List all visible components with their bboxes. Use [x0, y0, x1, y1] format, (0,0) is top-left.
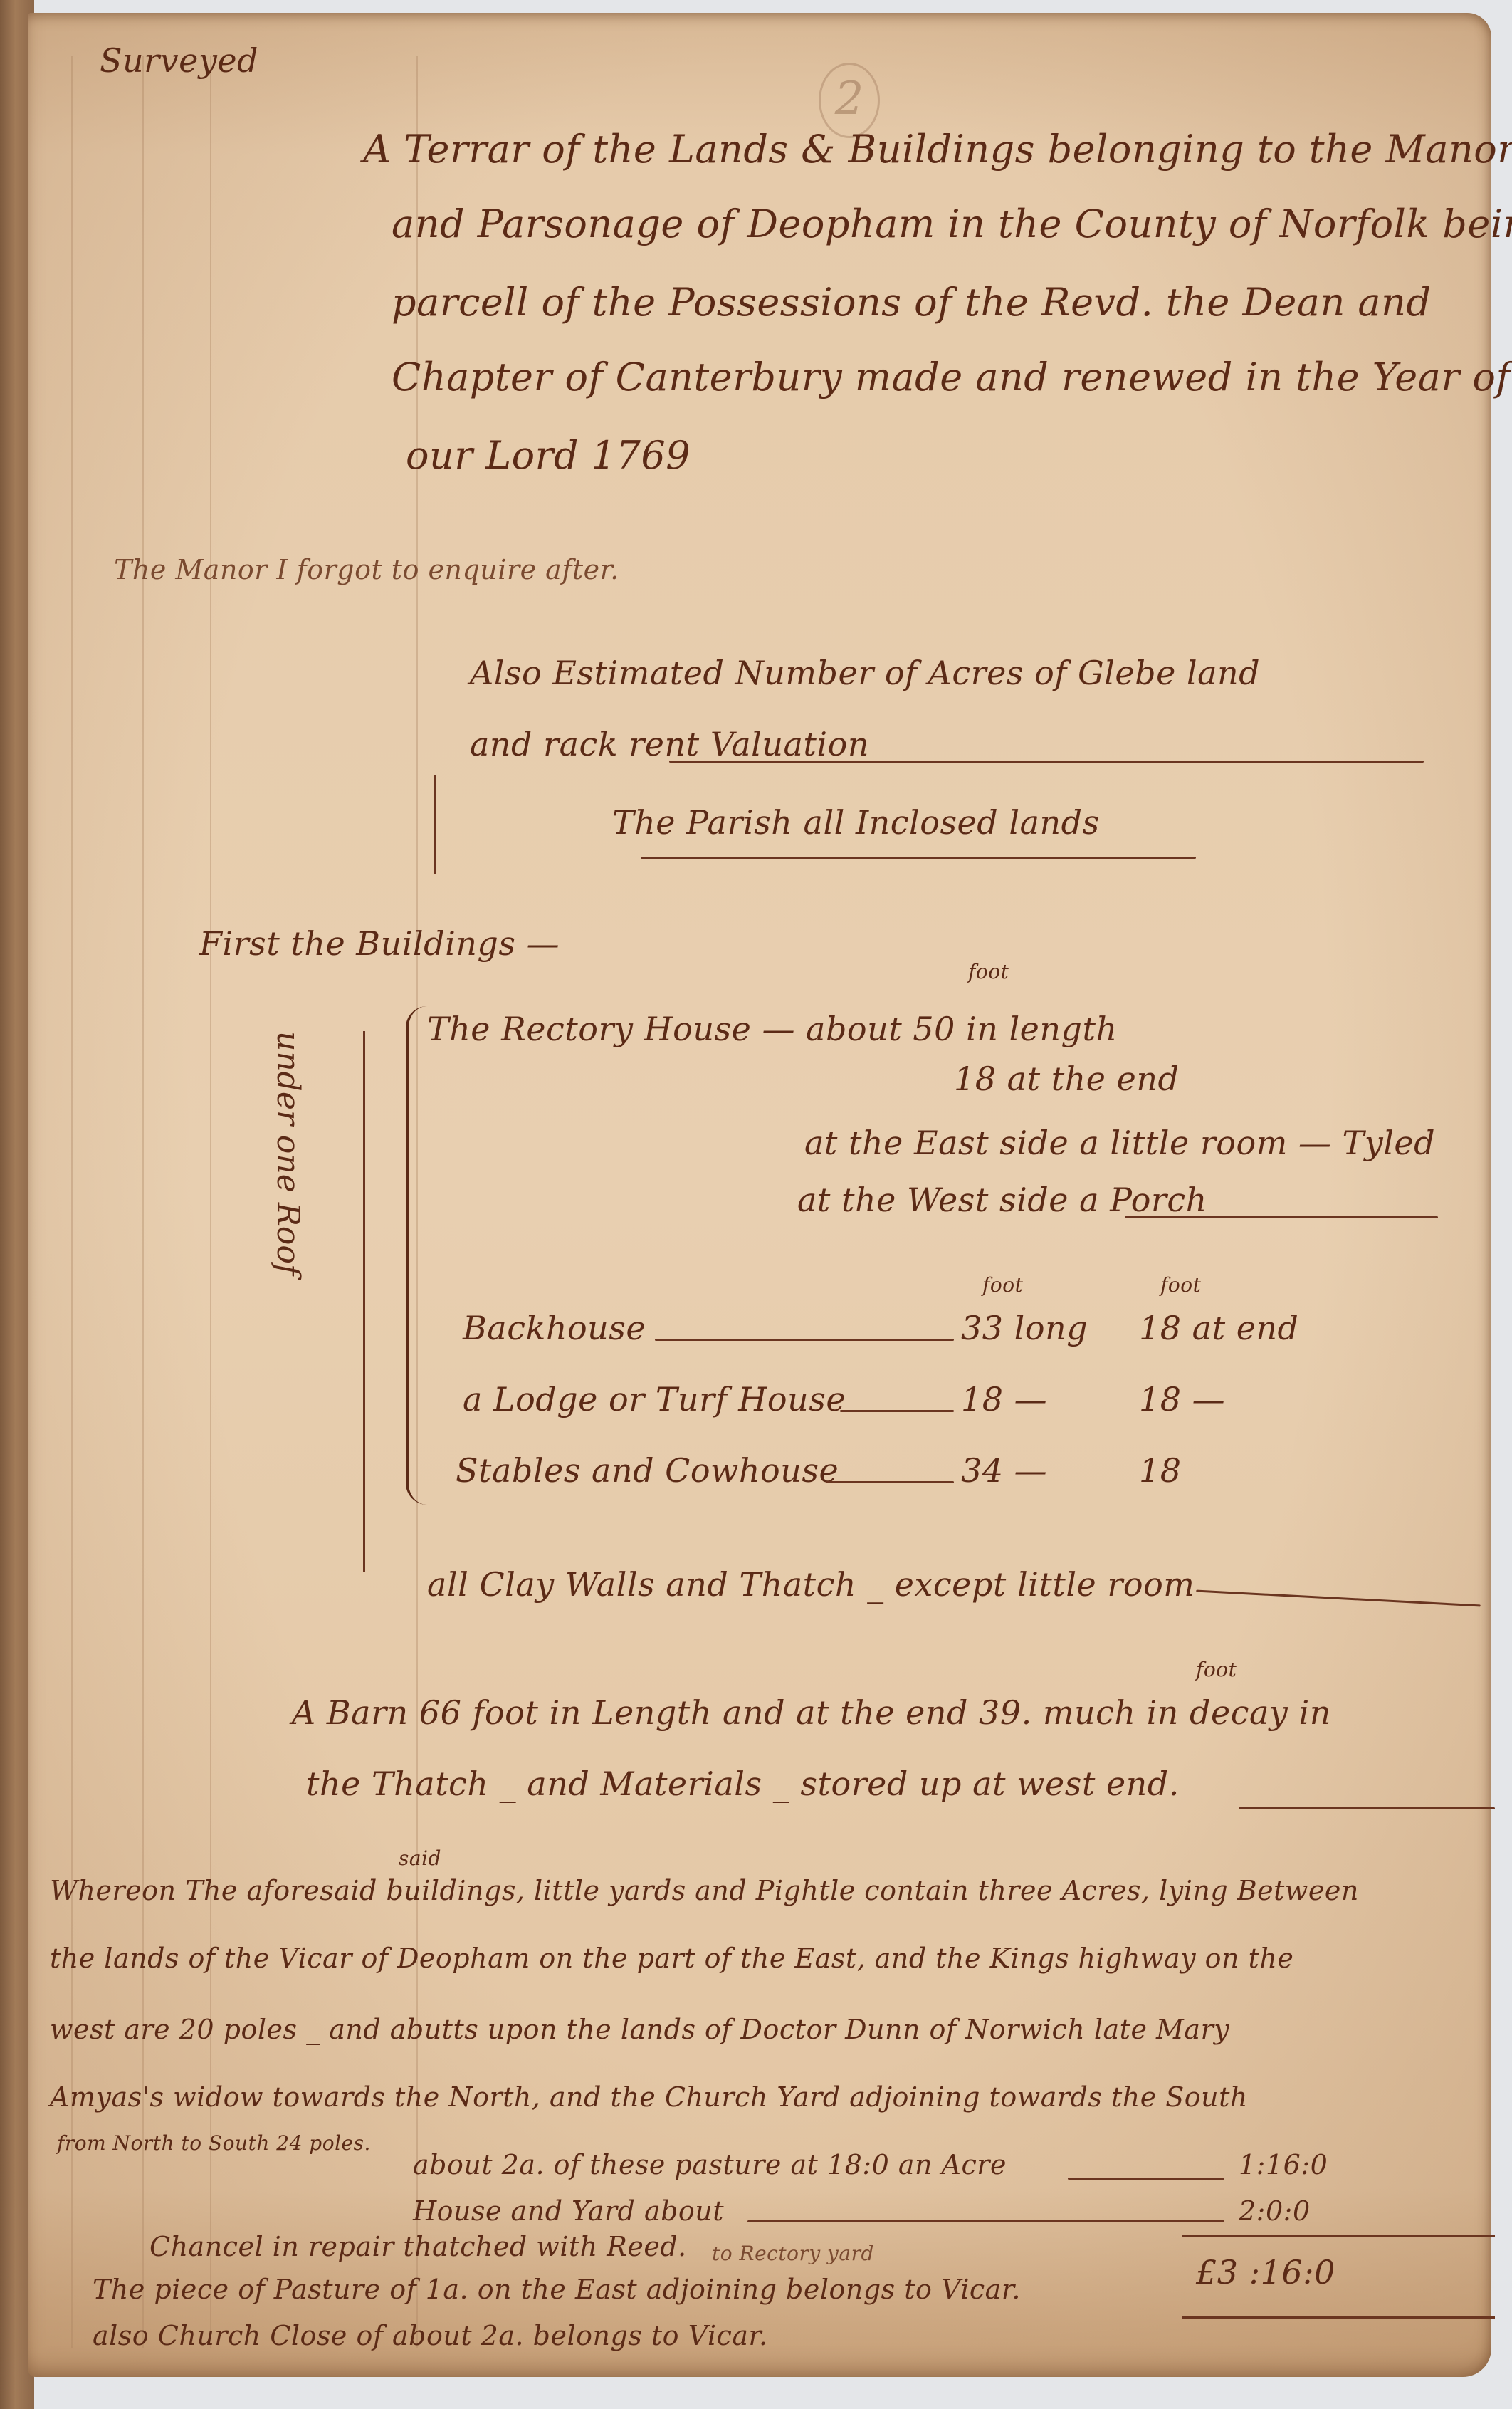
title-line: and Parsonage of Deopham in the County o… — [392, 202, 1512, 246]
underline — [1196, 1590, 1481, 1607]
outbuilding-name: Backhouse — [463, 1309, 646, 1347]
chancel-note: Chancel in repair thatched with Reed. — [149, 2231, 687, 2262]
description-line: the lands of the Vicar of Deopham on the… — [50, 1943, 1293, 1974]
unit-label: foot — [1160, 1273, 1201, 1297]
description-line: Whereon The aforesaid buildings, little … — [50, 1875, 1359, 1906]
unit-label: foot — [982, 1273, 1023, 1297]
fold-line — [142, 56, 144, 2348]
barn-line: the Thatch _ and Materials _ stored up a… — [306, 1765, 1180, 1803]
bracket-line — [434, 775, 436, 874]
valuation-label: about 2a. of these pasture at 18:0 an Ac… — [413, 2149, 1007, 2180]
title-line: A Terrar of the Lands & Buildings belong… — [363, 127, 1512, 172]
rectory-house-line: The Rectory House — about 50 in length — [427, 1010, 1118, 1048]
outbuilding-length: 18 — — [961, 1380, 1047, 1418]
underline — [1125, 1216, 1438, 1218]
underline — [669, 761, 1424, 763]
underline — [1239, 1807, 1495, 1809]
outbuilding-name: a Lodge or Turf House — [463, 1380, 846, 1418]
walls-note: all Clay Walls and Thatch _ except littl… — [427, 1565, 1195, 1604]
pasture-note: The piece of Pasture of 1a. on the East … — [93, 2274, 1021, 2305]
description-line: west are 20 poles _ and abutts upon the … — [50, 2014, 1229, 2045]
manuscript-page: 2 Surveyed A Terrar of the Lands & Build… — [28, 13, 1491, 2377]
bracket-line — [363, 1031, 365, 1572]
rectory-house-end: 18 at the end — [954, 1060, 1179, 1098]
leader-line — [826, 1481, 954, 1483]
underline — [641, 857, 1196, 859]
under-one-roof-label: under one Roof — [270, 1031, 306, 1275]
outbuilding-length: 34 — — [961, 1451, 1047, 1490]
estimate-line: Also Estimated Number of Acres of Glebe … — [470, 654, 1260, 692]
description-line: from North to South 24 poles. — [57, 2131, 371, 2155]
manor-note: The Manor I forgot to enquire after. — [114, 554, 619, 585]
margin-note-surveyed: Surveyed — [100, 41, 258, 80]
rectory-east-side: at the East side a little room — Tyled — [804, 1124, 1435, 1162]
fold-line — [71, 56, 73, 2348]
valuation-total-box: £3 :16:0 — [1182, 2235, 1495, 2319]
title-line: parcell of the Possessions of the Revd. … — [392, 280, 1431, 325]
title-line-date: our Lord 1769 — [406, 433, 691, 478]
rectory-yard-insert: to Rectory yard — [712, 2242, 874, 2265]
leader-line — [747, 2220, 1224, 2222]
leader-line — [1068, 2178, 1224, 2180]
rectory-west-side: at the West side a Porch — [797, 1181, 1207, 1219]
curly-brace — [406, 1006, 437, 1505]
description-line: Amyas's widow towards the North, and the… — [50, 2081, 1248, 2113]
parish-note: The Parish all Inclosed lands — [612, 803, 1100, 842]
buildings-heading: First the Buildings — — [199, 924, 560, 963]
outbuilding-end: 18 — — [1139, 1380, 1225, 1418]
valuation-total: £3 :16:0 — [1196, 2253, 1335, 2292]
valuation-amount: 2:0:0 — [1239, 2195, 1311, 2227]
fold-line — [210, 56, 211, 2348]
outbuilding-end: 18 — [1139, 1451, 1182, 1490]
valuation-label: House and Yard about — [413, 2195, 724, 2227]
outbuilding-length: 33 long — [961, 1309, 1088, 1347]
leader-line — [840, 1410, 954, 1412]
barn-line: A Barn 66 foot in Length and at the end … — [292, 1693, 1331, 1732]
outbuilding-end: 18 at end — [1139, 1309, 1298, 1347]
church-close-note: also Church Close of about 2a. belongs t… — [93, 2320, 768, 2351]
title-line: Chapter of Canterbury made and renewed i… — [392, 355, 1511, 399]
outbuilding-name: Stables and Cowhouse — [456, 1451, 839, 1490]
insert-word: said — [399, 1846, 441, 1870]
estimate-line: and rack rent Valuation — [470, 725, 869, 763]
unit-label: foot — [1196, 1658, 1237, 1681]
leader-line — [655, 1339, 954, 1341]
unit-label: foot — [968, 960, 1009, 983]
valuation-amount: 1:16:0 — [1239, 2149, 1328, 2180]
